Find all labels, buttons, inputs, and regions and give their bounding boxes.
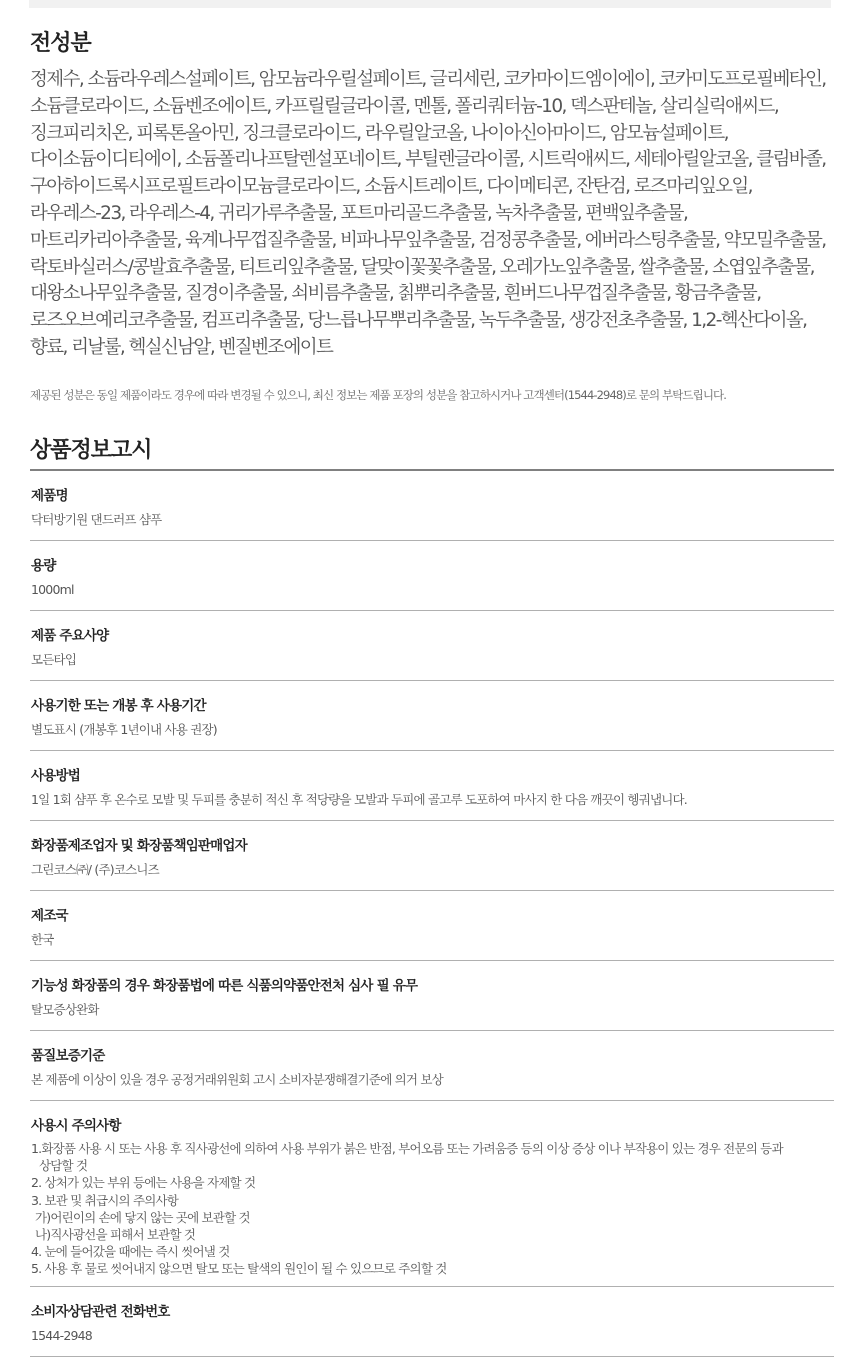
ingredients-notice: 제공된 성분은 동일 제품이라도 경우에 따라 변경될 수 있으니, 최신 정보… bbox=[30, 387, 850, 403]
precaution-line: 상담할 것 bbox=[31, 1157, 834, 1174]
ingredients-text: 정제수, 소듐라우레스설페이트, 암모늄라우릴설페이트, 글리세린, 코카마이드… bbox=[30, 67, 842, 362]
info-value: 1000ml bbox=[31, 581, 834, 598]
info-value: 한국 bbox=[31, 931, 834, 948]
info-label: 소비자상담관련 전화번호 bbox=[31, 1303, 834, 1321]
info-label: 사용방법 bbox=[31, 767, 834, 785]
info-row-usage: 사용방법 1일 1회 샴푸 후 온수로 모발 및 두피를 충분히 적신 후 적당… bbox=[30, 751, 834, 821]
info-value: 1일 1회 샴푸 후 온수로 모발 및 두피를 충분히 적신 후 적당량을 모발… bbox=[31, 791, 834, 808]
ingredients-title: 전성분 bbox=[30, 26, 91, 57]
info-value: 별도표시 (개봉후 1년이내 사용 권장) bbox=[31, 721, 834, 738]
info-label: 품질보증기준 bbox=[31, 1047, 834, 1065]
info-value: 그린코스㈜/ (주)코스니즈 bbox=[31, 861, 834, 878]
precaution-line: 4. 눈에 들어갔을 때에는 즉시 씻어낼 것 bbox=[31, 1243, 834, 1260]
info-row-country: 제조국 한국 bbox=[30, 891, 834, 961]
info-value: 탈모증상완화 bbox=[31, 1001, 834, 1018]
info-row-functional-review: 기능성 화장품의 경우 화장품법에 따른 식품의약품안전처 심사 필 유무 탈모… bbox=[30, 961, 834, 1031]
product-info-title: 상품정보고시 bbox=[30, 433, 152, 464]
precaution-line: 3. 보관 및 취급시의 주의사항 bbox=[31, 1192, 834, 1209]
info-label: 화장품제조업자 및 화장품책임판매업자 bbox=[31, 837, 834, 855]
info-label: 기능성 화장품의 경우 화장품법에 따른 식품의약품안전처 심사 필 유무 bbox=[31, 977, 834, 995]
info-label: 제조국 bbox=[31, 907, 834, 925]
info-row-manufacturer: 화장품제조업자 및 화장품책임판매업자 그린코스㈜/ (주)코스니즈 bbox=[30, 821, 834, 891]
precaution-line: 나)직사광선을 피해서 보관할 것 bbox=[31, 1226, 834, 1243]
precaution-line: 2. 상처가 있는 부위 등에는 사용을 자제할 것 bbox=[31, 1174, 834, 1191]
product-info-list: 제품명 닥터방기원 댄드러프 샴푸 용량 1000ml 제품 주요사양 모든타입… bbox=[30, 471, 834, 1357]
precaution-line: 가)어린이의 손에 닿지 않는 곳에 보관할 것 bbox=[31, 1209, 834, 1226]
info-label: 사용기한 또는 개봉 후 사용기간 bbox=[31, 697, 834, 715]
info-row-expiry: 사용기한 또는 개봉 후 사용기간 별도표시 (개봉후 1년이내 사용 권장) bbox=[30, 681, 834, 751]
info-row-precautions: 사용시 주의사항 1.화장품 사용 시 또는 사용 후 직사광선에 의하여 사용… bbox=[30, 1101, 834, 1287]
info-row-main-spec: 제품 주요사양 모든타입 bbox=[30, 611, 834, 681]
info-label: 제품명 bbox=[31, 487, 834, 505]
info-row-capacity: 용량 1000ml bbox=[30, 541, 834, 611]
precaution-line: 1.화장품 사용 시 또는 사용 후 직사광선에 의하여 사용 부위가 붉은 반… bbox=[31, 1140, 834, 1157]
precautions-list: 1.화장품 사용 시 또는 사용 후 직사광선에 의하여 사용 부위가 붉은 반… bbox=[31, 1140, 834, 1278]
info-value: 1544-2948 bbox=[31, 1327, 834, 1344]
precaution-line: 5. 사용 후 물로 씻어내지 않으면 탈모 또는 탈색의 원인이 될 수 있으… bbox=[31, 1260, 834, 1277]
info-label: 제품 주요사양 bbox=[31, 627, 834, 645]
info-value: 모든타입 bbox=[31, 651, 834, 668]
info-value: 본 제품에 이상이 있을 경우 공정거래위원회 고시 소비자분쟁해결기준에 의거… bbox=[31, 1071, 834, 1088]
top-divider-bar bbox=[29, 0, 831, 8]
info-row-product-name: 제품명 닥터방기원 댄드러프 샴푸 bbox=[30, 471, 834, 541]
info-row-quality-guarantee: 품질보증기준 본 제품에 이상이 있을 경우 공정거래위원회 고시 소비자분쟁해… bbox=[30, 1031, 834, 1101]
info-label: 사용시 주의사항 bbox=[31, 1117, 834, 1135]
info-label: 용량 bbox=[31, 557, 834, 575]
info-value: 닥터방기원 댄드러프 샴푸 bbox=[31, 511, 834, 528]
info-row-consumer-phone: 소비자상담관련 전화번호 1544-2948 bbox=[30, 1287, 834, 1357]
